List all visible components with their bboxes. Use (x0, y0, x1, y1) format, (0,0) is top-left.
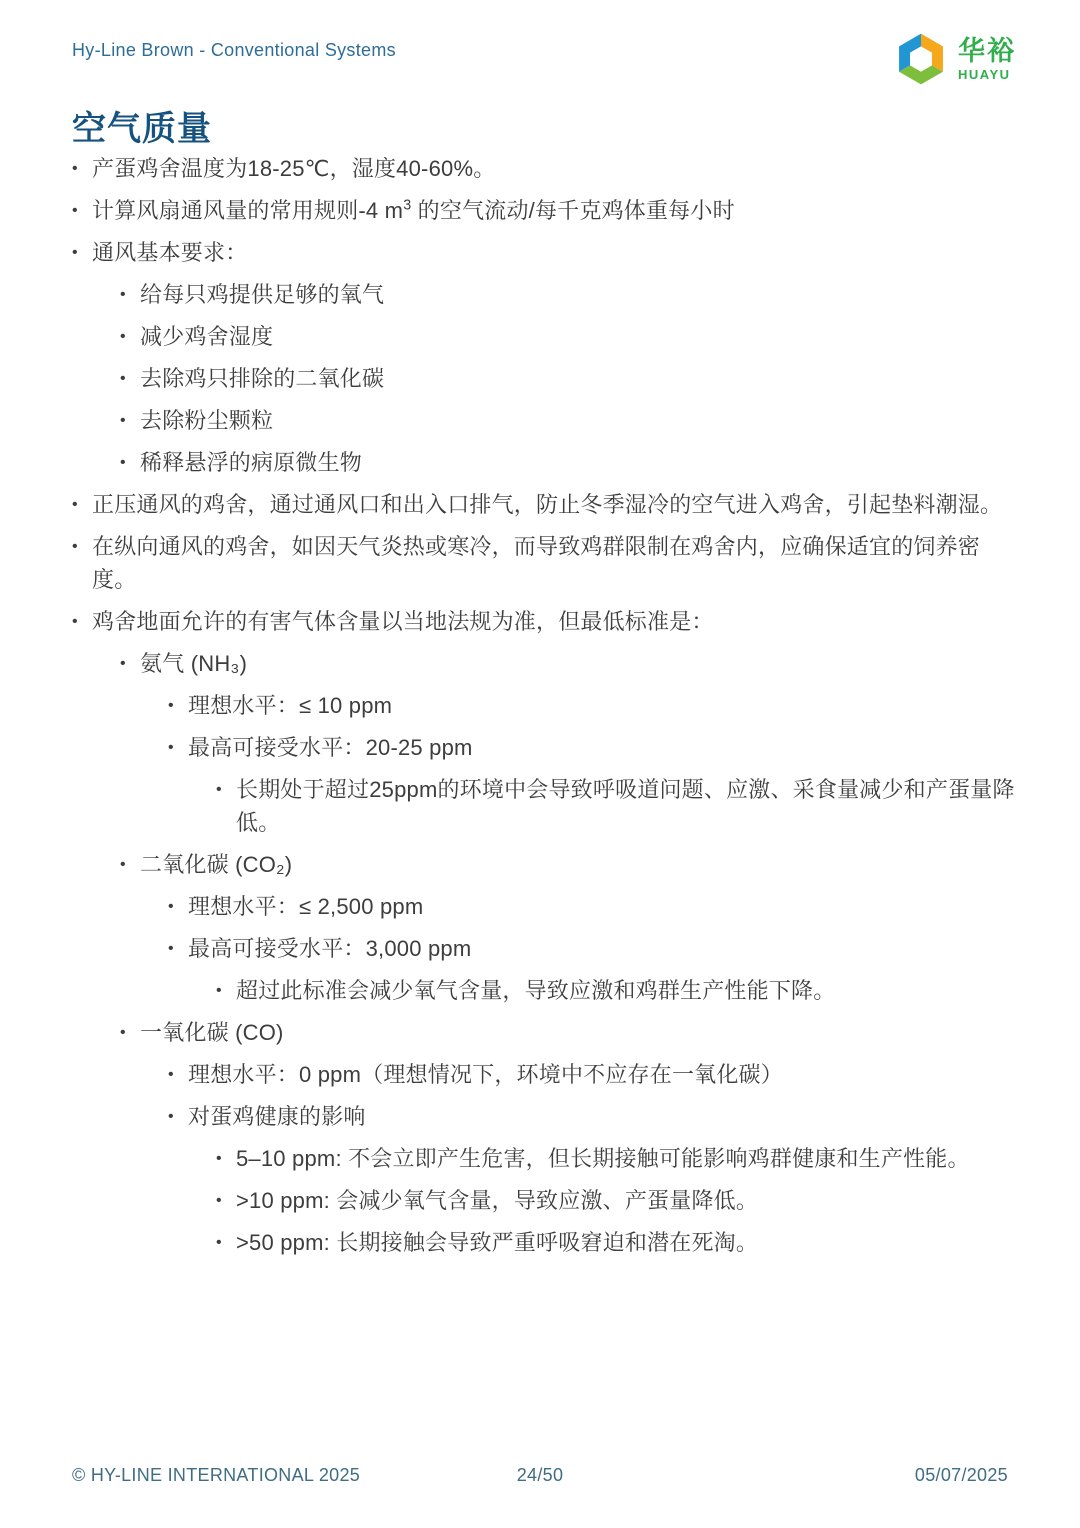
list-item-row: •稀释悬浮的病原微生物 (120, 446, 1016, 479)
list-item: •理想水平：≤ 2,500 ppm (168, 890, 1016, 923)
list-item-row: •去除鸡只排除的二氧化碳 (120, 362, 1016, 395)
list-item-row: •最高可接受水平：3,000 ppm (168, 932, 1016, 965)
list-item-row: •长期处于超过25ppm的环境中会导致呼吸道问题、应激、采食量减少和产蛋量降低。 (216, 773, 1016, 839)
list-item-row: •5–10 ppm: 不会立即产生危害，但长期接触可能影响鸡群健康和生产性能。 (216, 1142, 1016, 1175)
list-item-row: •理想水平：0 ppm（理想情况下，环境中不应存在一氧化碳） (168, 1058, 1016, 1091)
list-item-text: 5–10 ppm: 不会立即产生危害，但长期接触可能影响鸡群健康和生产性能。 (236, 1142, 970, 1175)
list-item: •去除鸡只排除的二氧化碳 (120, 362, 1016, 395)
list-item-row: •通风基本要求： (72, 236, 1016, 269)
list-item-row: •给每只鸡提供足够的氧气 (120, 278, 1016, 311)
list-item: •产蛋鸡舍温度为18-25℃，湿度40-60%。 (72, 152, 1016, 185)
list-item-row: •最高可接受水平：20-25 ppm (168, 731, 1016, 764)
superscript: 3 (403, 198, 411, 214)
bullet-group: •5–10 ppm: 不会立即产生危害，但长期接触可能影响鸡群健康和生产性能。•… (168, 1142, 1016, 1259)
list-item-row: •去除粉尘颗粒 (120, 404, 1016, 437)
huayu-logo-icon (892, 30, 950, 88)
list-item: •5–10 ppm: 不会立即产生危害，但长期接触可能影响鸡群健康和生产性能。 (216, 1142, 1016, 1175)
huayu-logo-text: 华裕 HUAYU (958, 38, 1016, 81)
bullet-icon: • (216, 974, 226, 1007)
list-item: •>50 ppm: 长期接触会导致严重呼吸窘迫和潜在死淘。 (216, 1226, 1016, 1259)
bullet-icon: • (120, 1016, 130, 1049)
bullet-icon: • (72, 530, 82, 563)
list-item-row: •一氧化碳 (CO) (120, 1016, 1016, 1049)
bullet-icon: • (72, 236, 82, 269)
list-item-text: 理想水平：≤ 2,500 ppm (188, 890, 423, 923)
document-page: Hy-Line Brown - Conventional Systems 华裕 … (0, 0, 1080, 1528)
footer-date: 05/07/2025 (915, 1465, 1008, 1486)
list-item-text: 去除鸡只排除的二氧化碳 (140, 362, 384, 395)
list-item-row: •正压通风的鸡舍，通过通风口和出入口排气，防止冬季湿冷的空气进入鸡舍，引起垫料潮… (72, 488, 1016, 521)
list-item-row: •理想水平：≤ 10 ppm (168, 689, 1016, 722)
bullet-group: •超过此标准会减少氧气含量，导致应激和鸡群生产性能下降。 (168, 974, 1016, 1007)
list-item-text: 计算风扇通风量的常用规则-4 m3 的空气流动/每千克鸡体重每小时 (92, 194, 735, 227)
list-item-text: >10 ppm: 会减少氧气含量，导致应激、产蛋量降低。 (236, 1184, 758, 1217)
list-item-row: •计算风扇通风量的常用规则-4 m3 的空气流动/每千克鸡体重每小时 (72, 194, 1016, 227)
bullet-group: •理想水平：≤ 2,500 ppm•最高可接受水平：3,000 ppm•超过此标… (120, 890, 1016, 1007)
list-item-text: 最高可接受水平：20-25 ppm (188, 731, 473, 764)
list-item: •超过此标准会减少氧气含量，导致应激和鸡群生产性能下降。 (216, 974, 1016, 1007)
list-item-text: 产蛋鸡舍温度为18-25℃，湿度40-60%。 (92, 152, 495, 185)
list-item-text: 对蛋鸡健康的影响 (188, 1100, 366, 1133)
bullet-icon: • (216, 1226, 226, 1259)
bullet-icon: • (120, 362, 130, 395)
bullet-icon: • (168, 731, 178, 764)
bullet-icon: • (120, 446, 130, 479)
content-area: •产蛋鸡舍温度为18-25℃，湿度40-60%。•计算风扇通风量的常用规则-4 … (72, 152, 1016, 1268)
page-title: 空气质量 (72, 101, 212, 150)
list-item-row: •理想水平：≤ 2,500 ppm (168, 890, 1016, 923)
bullet-icon: • (120, 647, 130, 680)
bullet-group: •理想水平：0 ppm（理想情况下，环境中不应存在一氧化碳）•对蛋鸡健康的影响•… (120, 1058, 1016, 1259)
list-item-text: 理想水平：0 ppm（理想情况下，环境中不应存在一氧化碳） (188, 1058, 783, 1091)
list-item: •鸡舍地面允许的有害气体含量以当地法规为准，但最低标准是：•氨气 (NH₃)•理… (72, 605, 1016, 1259)
list-item-row: •产蛋鸡舍温度为18-25℃，湿度40-60%。 (72, 152, 1016, 185)
bullet-icon: • (72, 488, 82, 521)
copyright-text: © HY-LINE INTERNATIONAL 2025 (72, 1465, 360, 1486)
list-item-row: •减少鸡舍湿度 (120, 320, 1016, 353)
bullet-icon: • (216, 1184, 226, 1217)
list-item: •减少鸡舍湿度 (120, 320, 1016, 353)
bullet-icon: • (168, 932, 178, 965)
list-item-row: •鸡舍地面允许的有害气体含量以当地法规为准，但最低标准是： (72, 605, 1016, 638)
list-item-row: •超过此标准会减少氧气含量，导致应激和鸡群生产性能下降。 (216, 974, 1016, 1007)
list-item: •稀释悬浮的病原微生物 (120, 446, 1016, 479)
bullet-icon: • (216, 773, 226, 806)
bullet-group: •产蛋鸡舍温度为18-25℃，湿度40-60%。•计算风扇通风量的常用规则-4 … (72, 152, 1016, 1259)
bullet-icon: • (72, 194, 82, 227)
list-item: •一氧化碳 (CO)•理想水平：0 ppm（理想情况下，环境中不应存在一氧化碳）… (120, 1016, 1016, 1259)
list-item: •>10 ppm: 会减少氧气含量，导致应激、产蛋量降低。 (216, 1184, 1016, 1217)
list-item: •长期处于超过25ppm的环境中会导致呼吸道问题、应激、采食量减少和产蛋量降低。 (216, 773, 1016, 839)
bullet-group: •氨气 (NH₃)•理想水平：≤ 10 ppm•最高可接受水平：20-25 pp… (72, 647, 1016, 1259)
list-item-row: •>50 ppm: 长期接触会导致严重呼吸窘迫和潜在死淘。 (216, 1226, 1016, 1259)
bullet-group: •理想水平：≤ 10 ppm•最高可接受水平：20-25 ppm•长期处于超过2… (120, 689, 1016, 839)
list-item: •理想水平：0 ppm（理想情况下，环境中不应存在一氧化碳） (168, 1058, 1016, 1091)
list-item: •最高可接受水平：3,000 ppm•超过此标准会减少氧气含量，导致应激和鸡群生… (168, 932, 1016, 1007)
list-item-text: 减少鸡舍湿度 (140, 320, 273, 353)
bullet-icon: • (168, 890, 178, 923)
breadcrumb: Hy-Line Brown - Conventional Systems (72, 36, 396, 61)
list-item: •计算风扇通风量的常用规则-4 m3 的空气流动/每千克鸡体重每小时 (72, 194, 1016, 227)
list-item-text: 在纵向通风的鸡舍，如因天气炎热或寒冷，而导致鸡群限制在鸡舍内，应确保适宜的饲养密… (92, 530, 1016, 596)
list-item-text: 氨气 (NH₃) (140, 647, 247, 680)
list-item-row: •对蛋鸡健康的影响 (168, 1100, 1016, 1133)
list-item: •正压通风的鸡舍，通过通风口和出入口排气，防止冬季湿冷的空气进入鸡舍，引起垫料潮… (72, 488, 1016, 521)
bullet-group: •给每只鸡提供足够的氧气•减少鸡舍湿度•去除鸡只排除的二氧化碳•去除粉尘颗粒•稀… (72, 278, 1016, 479)
bullet-icon: • (168, 689, 178, 722)
page-footer: © HY-LINE INTERNATIONAL 2025 24/50 05/07… (72, 1465, 1008, 1486)
bullet-icon: • (72, 605, 82, 638)
list-item-text: 理想水平：≤ 10 ppm (188, 689, 392, 722)
bullet-icon: • (72, 152, 82, 185)
list-item-text: 通风基本要求： (92, 236, 247, 269)
bullet-icon: • (120, 404, 130, 437)
page-header: Hy-Line Brown - Conventional Systems 华裕 … (0, 0, 1080, 88)
bullet-icon: • (168, 1100, 178, 1133)
list-item-text: 正压通风的鸡舍，通过通风口和出入口排气，防止冬季湿冷的空气进入鸡舍，引起垫料潮湿… (92, 488, 1002, 521)
bullet-group: •长期处于超过25ppm的环境中会导致呼吸道问题、应激、采食量减少和产蛋量降低。 (168, 773, 1016, 839)
list-item: •去除粉尘颗粒 (120, 404, 1016, 437)
bullet-icon: • (120, 278, 130, 311)
list-item-text: >50 ppm: 长期接触会导致严重呼吸窘迫和潜在死淘。 (236, 1226, 758, 1259)
bullet-icon: • (120, 320, 130, 353)
list-item-text: 鸡舍地面允许的有害气体含量以当地法规为准，但最低标准是： (92, 605, 714, 638)
bullet-icon: • (216, 1142, 226, 1175)
list-item: •理想水平：≤ 10 ppm (168, 689, 1016, 722)
list-item-text: 给每只鸡提供足够的氧气 (140, 278, 384, 311)
list-item-text: 长期处于超过25ppm的环境中会导致呼吸道问题、应激、采食量减少和产蛋量降低。 (236, 773, 1016, 839)
list-item-text: 二氧化碳 (CO₂) (140, 848, 292, 881)
list-item: •对蛋鸡健康的影响•5–10 ppm: 不会立即产生危害，但长期接触可能影响鸡群… (168, 1100, 1016, 1259)
list-item-row: •氨气 (NH₃) (120, 647, 1016, 680)
list-item-text: 超过此标准会减少氧气含量，导致应激和鸡群生产性能下降。 (236, 974, 835, 1007)
bullet-list: •产蛋鸡舍温度为18-25℃，湿度40-60%。•计算风扇通风量的常用规则-4 … (72, 152, 1016, 1259)
list-item-row: •>10 ppm: 会减少氧气含量，导致应激、产蛋量降低。 (216, 1184, 1016, 1217)
list-item-text: 最高可接受水平：3,000 ppm (188, 932, 471, 965)
page-number: 24/50 (517, 1465, 564, 1486)
bullet-icon: • (120, 848, 130, 881)
list-item-text: 一氧化碳 (CO) (140, 1016, 284, 1049)
logo-name-cn: 华裕 (958, 38, 1016, 65)
list-item: •通风基本要求：•给每只鸡提供足够的氧气•减少鸡舍湿度•去除鸡只排除的二氧化碳•… (72, 236, 1016, 479)
list-item: •最高可接受水平：20-25 ppm•长期处于超过25ppm的环境中会导致呼吸道… (168, 731, 1016, 839)
list-item: •给每只鸡提供足够的氧气 (120, 278, 1016, 311)
bullet-icon: • (168, 1058, 178, 1091)
list-item: •二氧化碳 (CO₂)•理想水平：≤ 2,500 ppm•最高可接受水平：3,0… (120, 848, 1016, 1007)
list-item-row: •在纵向通风的鸡舍，如因天气炎热或寒冷，而导致鸡群限制在鸡舍内，应确保适宜的饲养… (72, 530, 1016, 596)
logo-name-en: HUAYU (958, 68, 1011, 81)
huayu-logo: 华裕 HUAYU (892, 30, 1016, 88)
list-item-row: •二氧化碳 (CO₂) (120, 848, 1016, 881)
list-item-text: 稀释悬浮的病原微生物 (140, 446, 362, 479)
list-item: •在纵向通风的鸡舍，如因天气炎热或寒冷，而导致鸡群限制在鸡舍内，应确保适宜的饲养… (72, 530, 1016, 596)
list-item: •氨气 (NH₃)•理想水平：≤ 10 ppm•最高可接受水平：20-25 pp… (120, 647, 1016, 839)
list-item-text: 去除粉尘颗粒 (140, 404, 273, 437)
